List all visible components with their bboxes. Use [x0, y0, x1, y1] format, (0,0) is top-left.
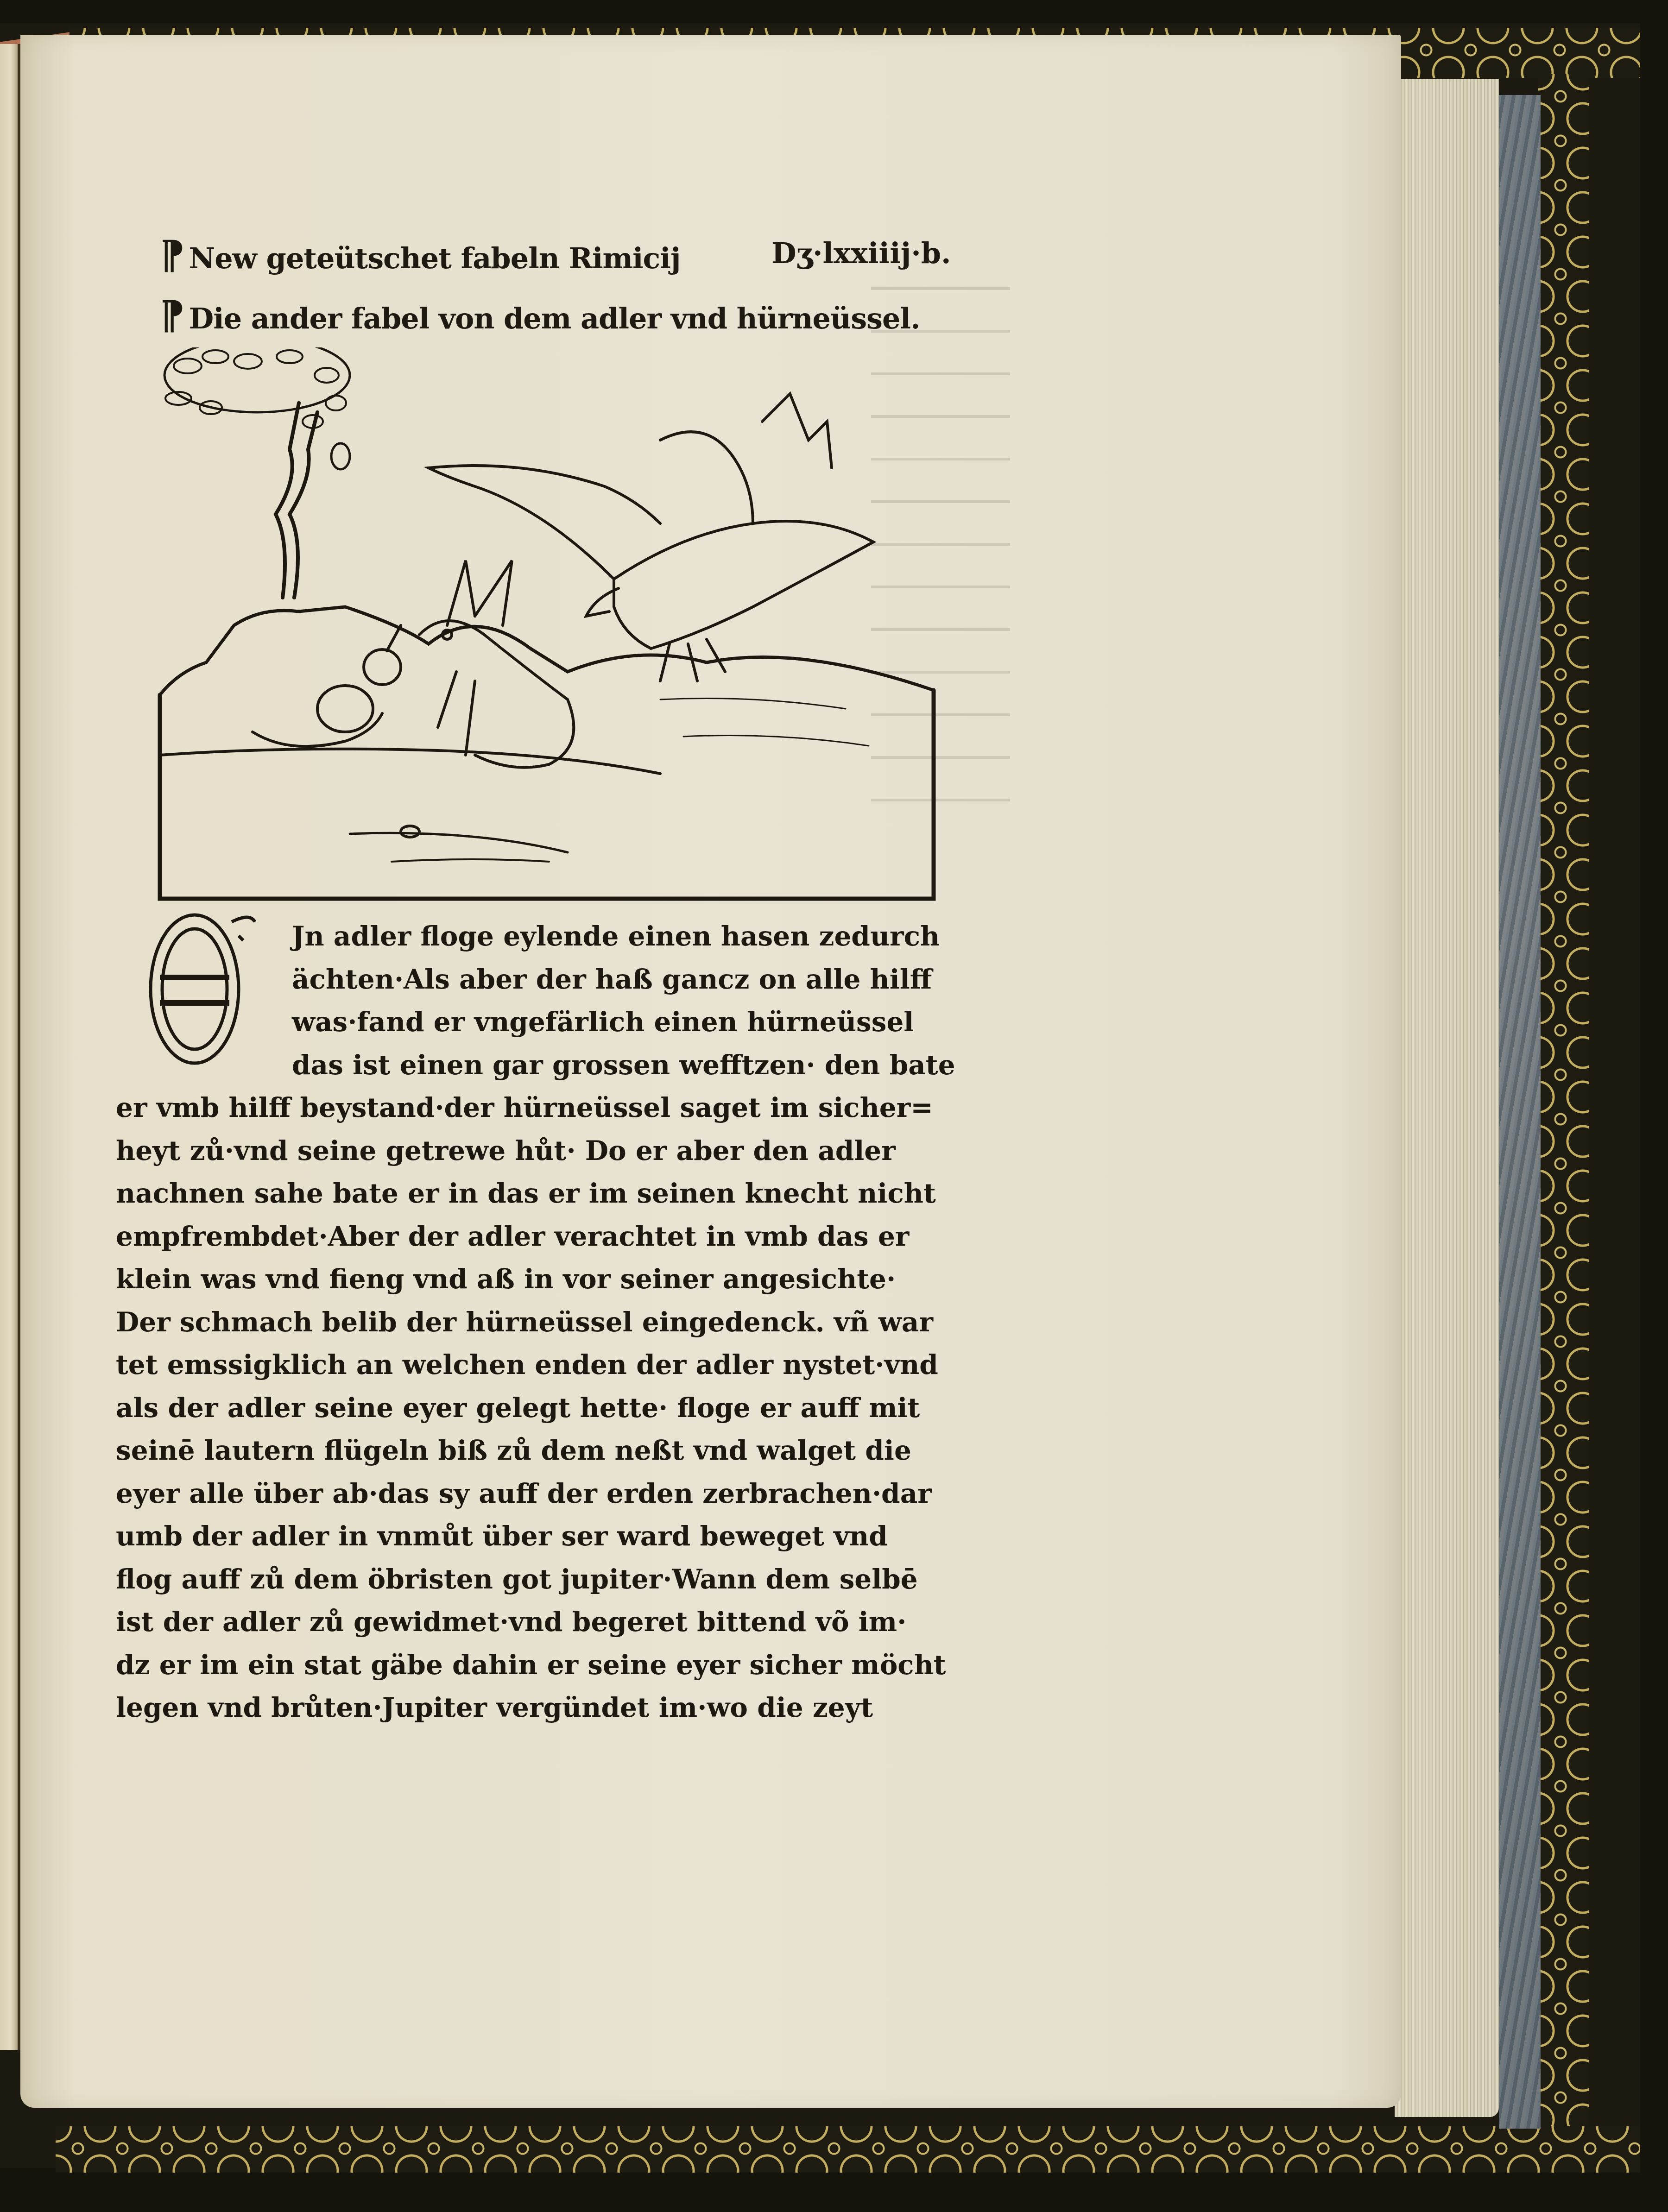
- body-line: empfrembdet·Aber der adler verachtet in …: [116, 1215, 1024, 1258]
- verso-page-edge: [0, 44, 20, 2050]
- body-line: nachnen sahe bate er in das er im seinen…: [116, 1172, 1024, 1215]
- body-line: Der schmach belib der hürneüssel eingede…: [116, 1301, 1024, 1344]
- gilt-border-right: [1538, 74, 1589, 2131]
- body-line: er vmb hilff beystand·der hürneüssel sag…: [116, 1086, 1024, 1129]
- fable-title-text: Die ander fabel von dem adler vnd hürneü…: [189, 302, 920, 335]
- folio-number: Dʒ·lxxiiij·b.: [771, 236, 951, 270]
- fore-edge-page-stack: [1395, 79, 1499, 2117]
- body-line: dz er im ein stat gäbe dahin er seine ey…: [116, 1644, 1024, 1687]
- pilcrow-icon: ⁋: [160, 292, 184, 338]
- running-head-text: New geteütschet fabeln Rimicij: [189, 241, 680, 275]
- body-line: ist der adler zů gewidmet·vnd begeret bi…: [116, 1601, 1024, 1644]
- woodcut-illustration: [151, 347, 938, 903]
- body-line: als der adler seine eyer gelegt hette· f…: [116, 1386, 1024, 1430]
- running-head: ⁋New geteütschet fabeln Rimicij: [160, 232, 680, 277]
- body-line: Jn adler floge eylende einen hasen zedur…: [116, 915, 1024, 958]
- body-line: umb der adler in vnmůt über ser ward bew…: [116, 1515, 1024, 1558]
- body-line: ächten·Als aber der haß gancz on alle hi…: [116, 958, 1024, 1001]
- fable-title: ⁋Die ander fabel von dem adler vnd hürne…: [160, 292, 920, 338]
- body-line: das ist einen gar grossen wefftzen· den …: [116, 1044, 1024, 1087]
- body-line: heyt zů·vnd seine getrewe hůt· Do er abe…: [116, 1129, 1024, 1172]
- fable-body-text: Jn adler floge eylende einen hasen zedur…: [116, 915, 1024, 1729]
- body-line: was·fand er vngefärlich einen hürneüssel: [116, 1001, 1024, 1044]
- body-line: klein was vnd fieng vnd aß in vor seiner…: [116, 1258, 1024, 1301]
- marbled-pastedown: [1499, 95, 1541, 2129]
- body-line: eyer alle über ab·das sy auff der erden …: [116, 1472, 1024, 1515]
- body-line: flog auff zů dem öbristen got jupiter·Wa…: [116, 1558, 1024, 1601]
- pilcrow-icon: ⁋: [160, 232, 184, 277]
- body-line: seinē lautern flügeln biß zů dem neßt vn…: [116, 1429, 1024, 1472]
- body-line: tet emssigklich an welchen enden der adl…: [116, 1343, 1024, 1386]
- body-line: legen vnd brůten·Jupiter vergündet im·wo…: [116, 1686, 1024, 1729]
- gilt-border-bottom: [56, 2126, 1640, 2173]
